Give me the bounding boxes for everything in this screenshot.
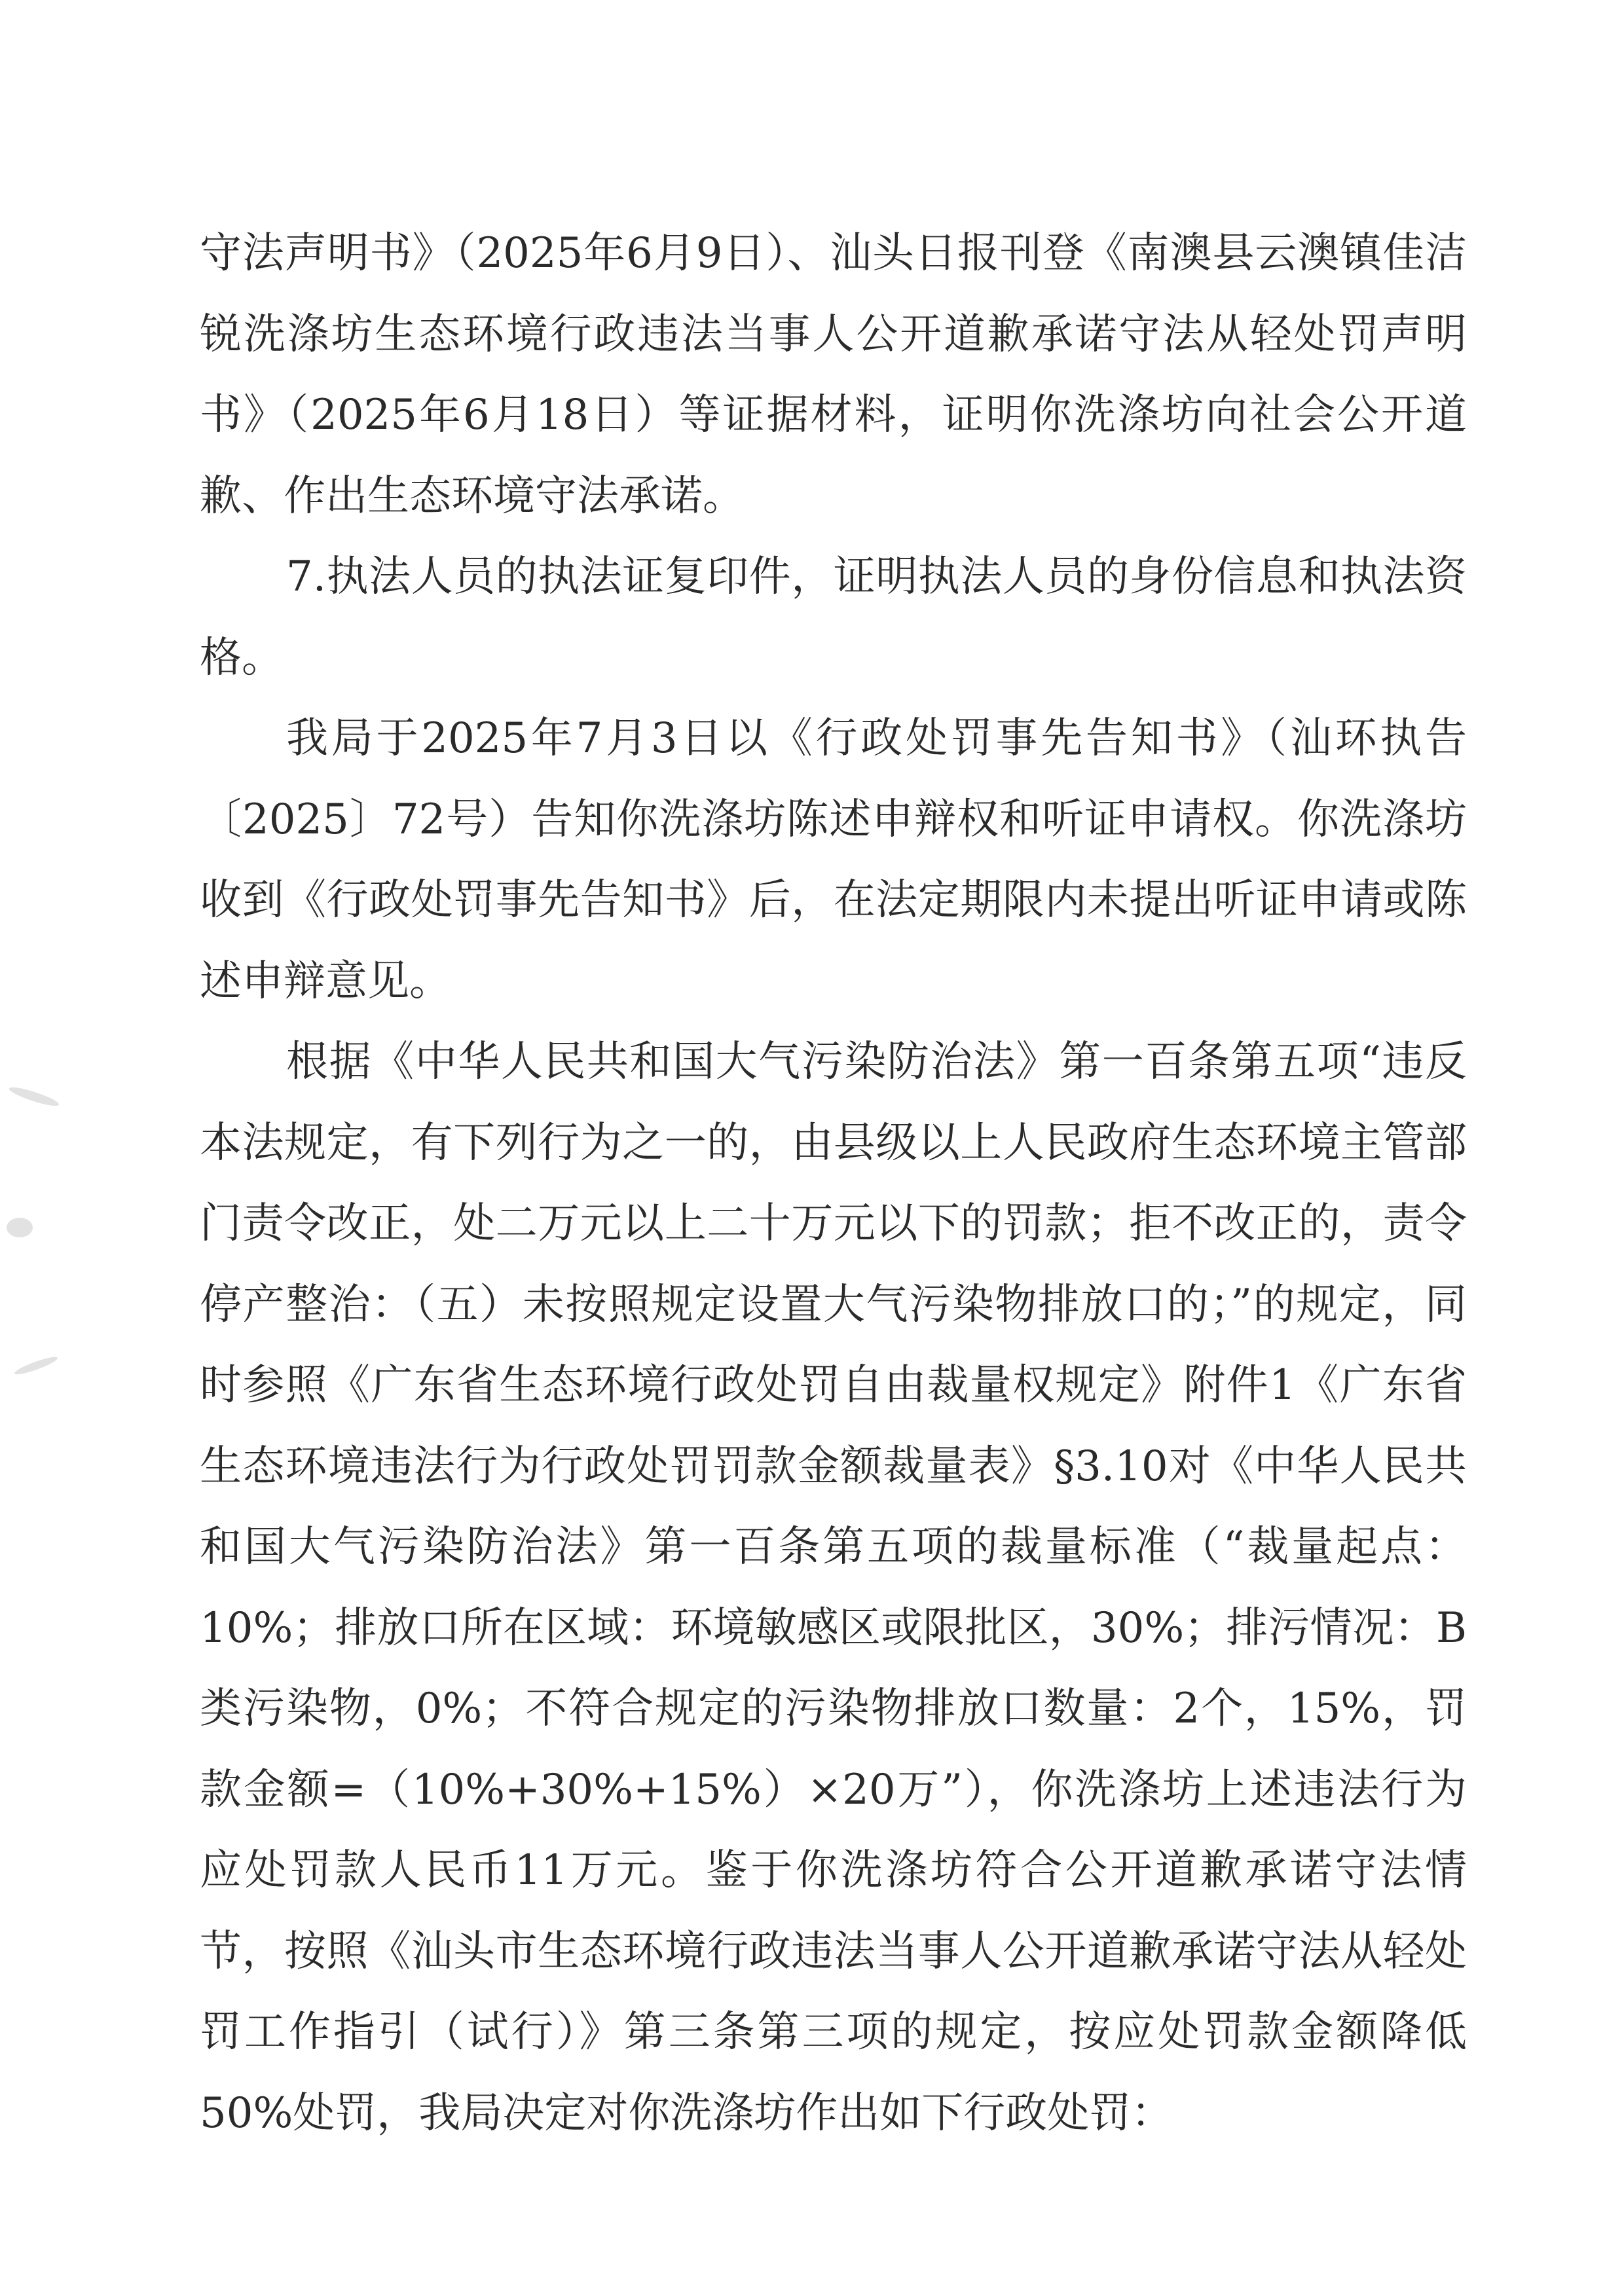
paragraph-prior-notice: 我局于2025年7月3日以《行政处罚事先告知书》（汕环执告〔2025〕72号）告… [200, 699, 1467, 1022]
paragraph-legal-basis: 根据《中华人民共和国大气污染防治法》第一百条第五项“违反本法规定，有下列行为之一… [200, 1022, 1467, 2154]
paragraph-evidence-7: 7.执法人员的执法证复印件，证明执法人员的身份信息和执法资格。 [200, 537, 1467, 699]
scan-speck [7, 1218, 33, 1237]
paragraph-evidence-6-continued: 守法声明书》（2025年6月9日）、汕头日报刊登《南澳县云澳镇佳洁锐洗涤坊生态环… [200, 213, 1467, 537]
document-body: 守法声明书》（2025年6月9日）、汕头日报刊登《南澳县云澳镇佳洁锐洗涤坊生态环… [200, 213, 1467, 2154]
scan-speck [13, 1354, 59, 1377]
scan-speck [8, 1084, 60, 1109]
